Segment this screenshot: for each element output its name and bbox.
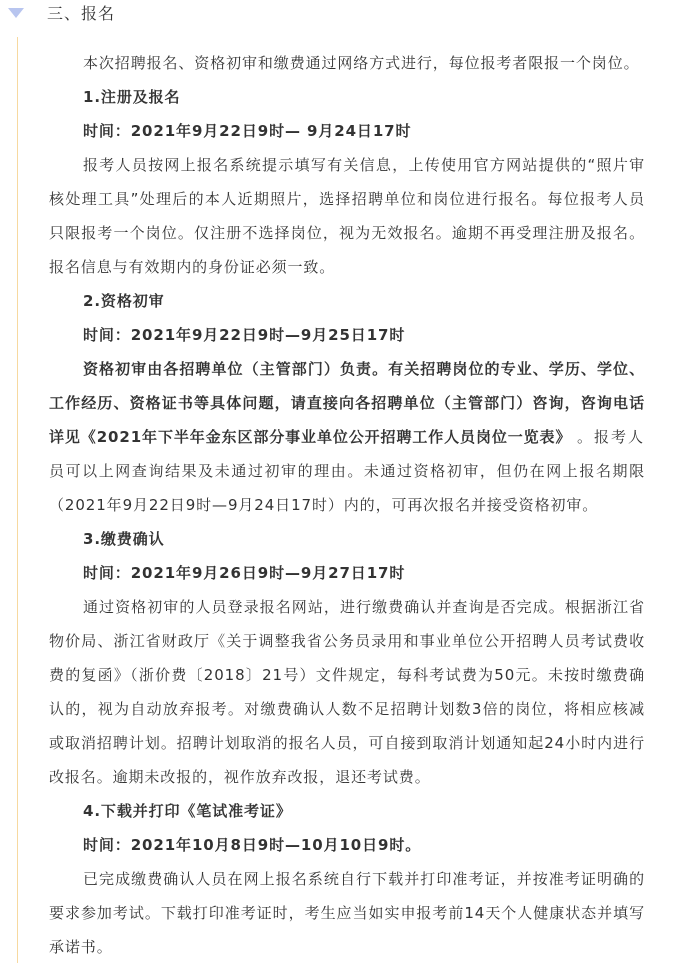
collapse-triangle-icon[interactable]	[8, 8, 24, 18]
section-title: 三、报名	[47, 4, 115, 24]
step-time-qualification: 时间：2021年9月22日9时—9月25日17时	[49, 318, 645, 352]
paragraph-line: 通过资格初审的人员登录报名网站，进行缴费确认并查询是否完成。根据浙江省	[49, 590, 645, 624]
paragraph-line-tail: 。报考人	[577, 420, 645, 454]
paragraph-line: 物价局、浙江省财政厅《关于调整我省公务员录用和事业单位公开招聘人员考试费收	[49, 624, 645, 658]
step-time-admission-ticket: 时间：2021年10月8日9时—10月10日9时。	[49, 828, 645, 862]
paragraph-line: 资格初审由各招聘单位（主管部门）负责。有关招聘岗位的专业、学历、学位、	[49, 352, 645, 386]
section-border-line	[17, 37, 18, 963]
paragraph-line: 报名信息与有效期内的身份证必须一致。	[49, 250, 645, 284]
section-content: 本次招聘报名、资格初审和缴费通过网络方式进行，每位报考者限报一个岗位。 1.注册…	[49, 46, 645, 964]
step-title-qualification: 2.资格初审	[49, 284, 645, 318]
paragraph-line: 认的，视为自动放弃报考。对缴费确认人数不足招聘计划数3倍的岗位，将相应核减	[49, 692, 645, 726]
step-title-admission-ticket: 4.下载并打印《笔试准考证》	[49, 794, 645, 828]
step-title-payment: 3.缴费确认	[49, 522, 645, 556]
paragraph-line: 员可以上网查询结果及未通过初审的理由。未通过资格初审，但仍在网上报名期限	[49, 454, 645, 488]
paragraph-line: 报考人员按网上报名系统提示填写有关信息，上传使用官方网站提供的“照片审	[49, 148, 645, 182]
paragraph-line: 工作经历、资格证书等具体问题，请直接向各招聘单位（主管部门）咨询，咨询电话	[49, 386, 645, 420]
paragraph-line: 承诺书。	[49, 930, 645, 964]
paragraph-line: 核处理工具”处理后的本人近期照片，选择招聘单位和岗位进行报名。每位报考人员	[49, 182, 645, 216]
paragraph-line: （2021年9月22日9时—9月24日17时）内的，可再次报名并接受资格初审。	[49, 488, 645, 522]
paragraph-line: 已完成缴费确认人员在网上报名系统自行下载并打印准考证，并按准考证明确的	[49, 862, 645, 896]
paragraph-line: 改报名。逾期未改报的，视作放弃改报，退还考试费。	[49, 760, 645, 794]
paragraph-line: 要求参加考试。下载打印准考证时，考生应当如实申报考前14天个人健康状态并填写	[49, 896, 645, 930]
step-title-registration: 1.注册及报名	[49, 80, 645, 114]
step-time-payment: 时间：2021年9月26日9时—9月27日17时	[49, 556, 645, 590]
intro-paragraph: 本次招聘报名、资格初审和缴费通过网络方式进行，每位报考者限报一个岗位。	[49, 46, 645, 80]
paragraph-line: 或取消招聘计划。招聘计划取消的报名人员，可自接到取消计划通知起24小时内进行	[49, 726, 645, 760]
position-list-reference: 详见《2021年下半年金东区部分事业单位公开招聘工作人员岗位一览表》	[49, 420, 571, 454]
paragraph-line: 费的复函》（浙价费〔2018〕21号）文件规定，每科考试费为50元。未按时缴费确	[49, 658, 645, 692]
paragraph-line: 只限报考一个岗位。仅注册不选择岗位，视为无效报名。逾期不再受理注册及报名。	[49, 216, 645, 250]
step-time-registration: 时间：2021年9月22日9时— 9月24日17时	[49, 114, 645, 148]
paragraph-line-mixed: 详见《2021年下半年金东区部分事业单位公开招聘工作人员岗位一览表》 。报考人	[49, 420, 645, 454]
